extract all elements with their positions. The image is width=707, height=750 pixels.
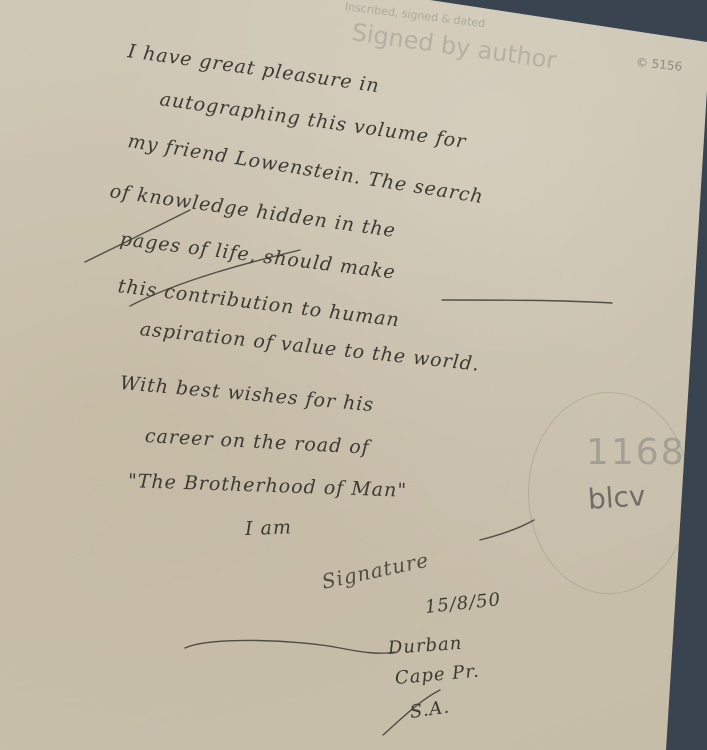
pen-flourish-icon — [0, 0, 707, 750]
document-page: Inscribed, signed & dated Signed by auth… — [0, 0, 707, 750]
